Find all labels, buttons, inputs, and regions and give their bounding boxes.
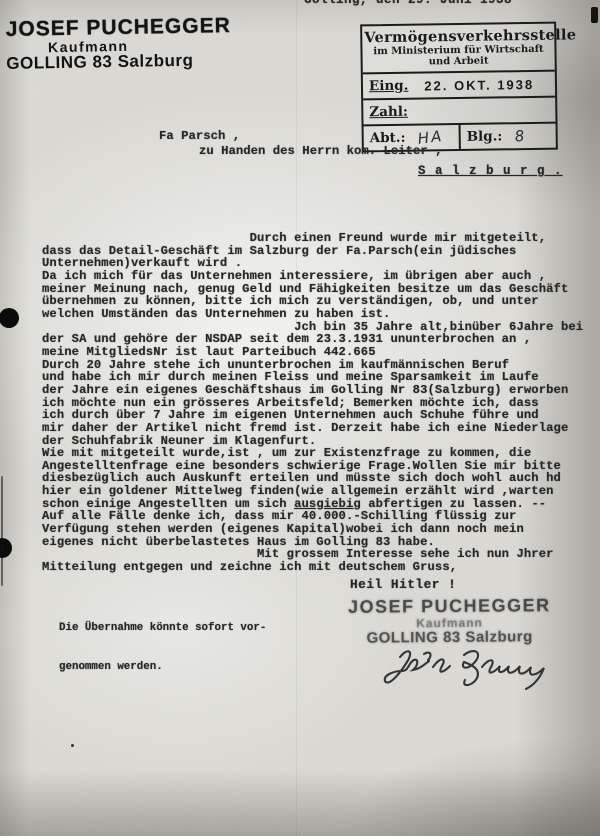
- punch-hole-top: [0, 308, 19, 328]
- office-ministry: im Ministerium für Wirtschaft und Arbeit: [364, 44, 552, 69]
- scan-speck-top-right: [591, 7, 598, 23]
- body-line: und habe ich mir durch meinen Fleiss und…: [42, 371, 583, 384]
- signature-stamp-name: JOSEF PUCHEGGER: [347, 595, 552, 618]
- closing-salute: Heil Hitler !: [350, 577, 456, 592]
- body-line: der Jahre ein eigenes Geschäftshaus im G…: [42, 384, 583, 397]
- body-line: ich durch über 7 Jahre im eigenen Untern…: [42, 409, 583, 422]
- body-line: der SA und gehöre der NSDAP seit dem 23.…: [42, 333, 583, 346]
- recipient-city: S a l z b u r g .: [418, 164, 563, 178]
- postscript-line-1: Die Übernahme könnte sofort vor-: [59, 622, 266, 635]
- body-line: Mitteilung entgegen und zeichne ich mit …: [42, 561, 583, 574]
- letter-body: Durch einen Freund wurde mir mitgeteilt,…: [42, 232, 583, 574]
- body-line: Da ich mich für das Unternehmen interess…: [42, 270, 583, 283]
- signature-stamp: JOSEF PUCHEGGER Kaufmann GOLLING 83 Salz…: [347, 595, 552, 647]
- body-line: Wie mit mitgeteilt wurde,ist , um zur Ex…: [42, 447, 583, 460]
- received-label: Eing.: [369, 78, 409, 95]
- enclosure-cell: Blg.: 8: [459, 124, 556, 149]
- body-line: Verfügung stehen werden (eigenes Kapital…: [42, 523, 583, 536]
- received-row: Eing. 22. OKT. 1938: [363, 72, 555, 101]
- body-line: Durch einen Freund wurde mir mitgeteilt,: [42, 232, 583, 245]
- scan-speck-bottom: [71, 744, 74, 747]
- handwritten-signature: [378, 645, 550, 699]
- dateline: Golling, den 29. Juni 1938: [304, 0, 512, 7]
- number-label: Zahl:: [369, 104, 408, 121]
- body-line: meine MitgliedsNr ist laut Parteibuch 44…: [42, 346, 583, 359]
- postscript-line-2: genommen werden.: [59, 661, 266, 674]
- number-row: Zahl:: [363, 98, 555, 127]
- received-date: 22. OKT. 1938: [424, 76, 534, 93]
- body-line: welchen Umständen das Unternehmen zu hab…: [42, 308, 583, 321]
- sender-letterhead-stamp: JOSEF PUCHEGGER Kaufmann GOLLING 83 Salz…: [6, 14, 232, 72]
- body-line: mir daher der Artikel nicht fremd ist. D…: [42, 422, 583, 435]
- recipient-company: Fa Parsch ,: [159, 129, 240, 143]
- scanned-letter-page: Golling, den 29. Juni 1938 JOSEF PUCHEGG…: [0, 0, 600, 836]
- enclosure-label: Blg.:: [467, 128, 503, 144]
- recipient-attention-line: zu Handen des Herrn kom. Leiter ,: [199, 144, 443, 158]
- receipt-stamp: Vermögensverkehrsstelle im Ministerium f…: [360, 22, 558, 153]
- receipt-stamp-office: Vermögensverkehrsstelle im Ministerium f…: [362, 24, 555, 75]
- sender-address: GOLLING 83 Salzburg: [6, 51, 231, 72]
- postscript: Die Übernahme könnte sofort vor- genomme…: [59, 596, 266, 700]
- scan-edge-artifact: [1, 476, 3, 586]
- enclosure-handwritten-value: 8: [513, 127, 527, 146]
